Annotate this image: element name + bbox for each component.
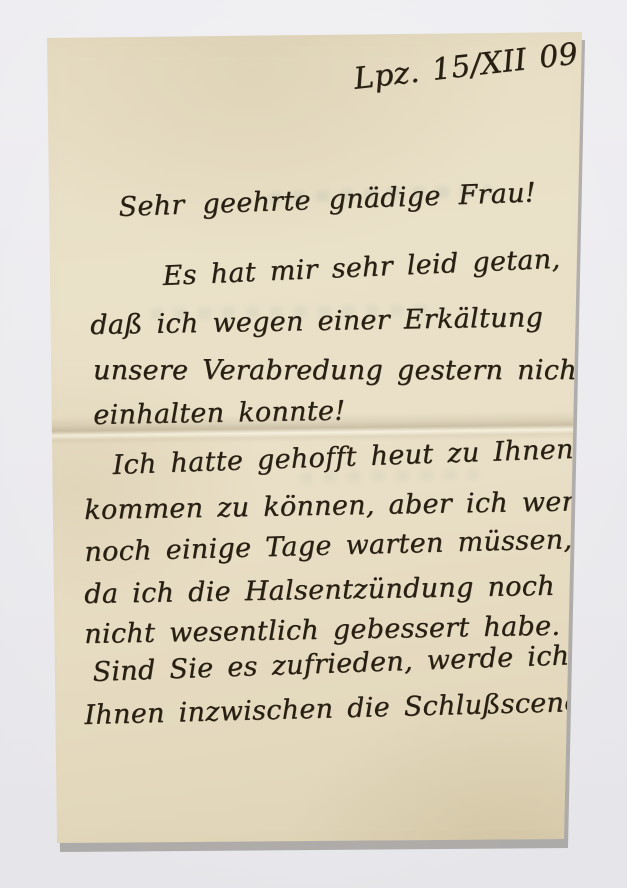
photo-background: Lpz. 15/XII 09 Sehr geehrte gnädige Frau… xyxy=(0,0,627,888)
letter-paper: Lpz. 15/XII 09 Sehr geehrte gnädige Frau… xyxy=(0,0,627,888)
paper-edge-shading xyxy=(0,0,627,888)
